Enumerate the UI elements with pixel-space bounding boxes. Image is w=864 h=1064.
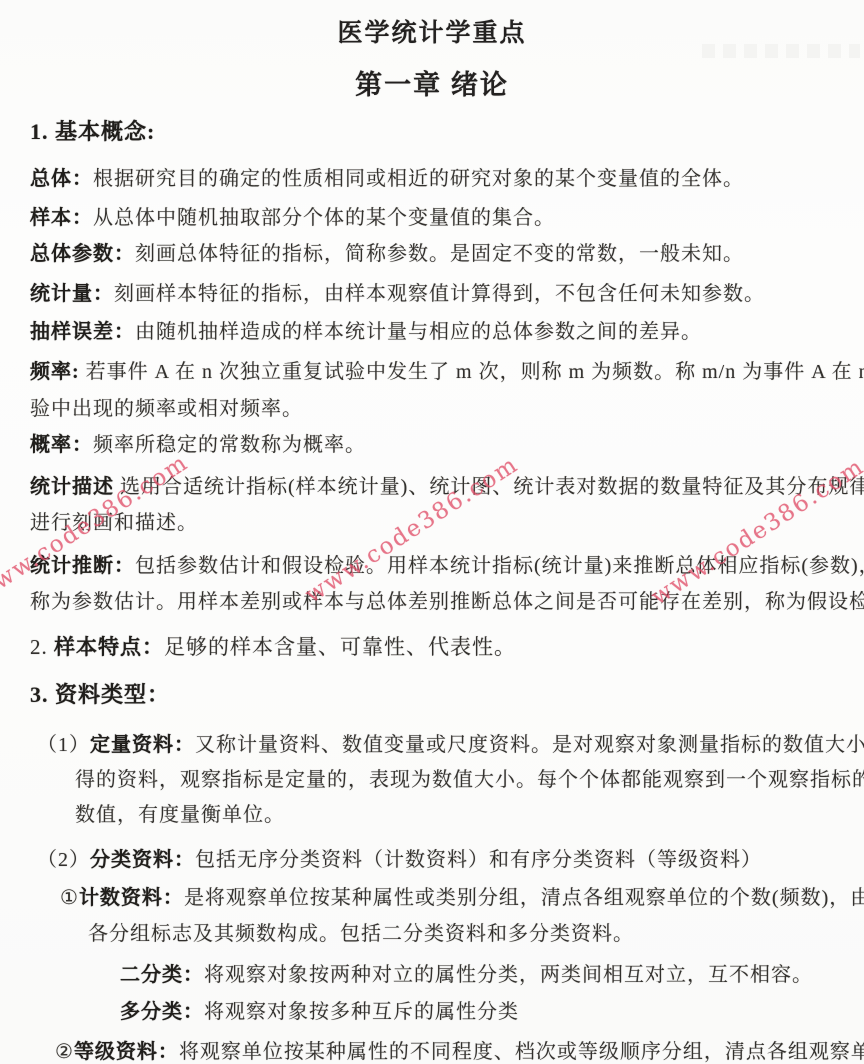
term-bold: 统计推断：	[30, 555, 135, 577]
para-chouyangwucha: 抽样误差：由随机抽样造成的样本统计量与相应的总体参数之间的差异。	[30, 315, 702, 344]
para-pinlv-line1: 频率: 若事件 A 在 n 次独立重复试验中发生了 m 次，则称 m 为频数。称…	[30, 355, 864, 384]
term-bold: 3. 资料类型：	[30, 682, 170, 707]
text-run: （2）	[37, 849, 90, 871]
text-run: 包括无序分类资料（计数资料）和有序分类资料（等级资料）	[195, 849, 762, 871]
para-dengji: ②等级资料：将观察单位按某种属性的不同程度、档次或等级顺序分组，清点各组观察单	[55, 1035, 864, 1064]
term-bold: 样本：	[30, 207, 93, 229]
term-bold: 总体参数：	[30, 243, 135, 265]
text-run: 若事件 A 在 n 次独立重复试验中发生了 m 次，则称 m 为频数。称 m/n…	[80, 361, 864, 383]
term-bold: 概率：	[30, 434, 93, 456]
section-heading-2: 2. 样本特点：足够的样本含量、可靠性、代表性。	[30, 631, 516, 661]
para-fenlei: （2）分类资料：包括无序分类资料（计数资料）和有序分类资料（等级资料）	[37, 843, 762, 872]
text-run: 足够的样本含量、可靠性、代表性。	[164, 635, 516, 659]
section-heading-1: 1. 基本概念:	[30, 115, 155, 146]
para-tongjimiaoshu-line1: 统计描述 选用合适统计指标(样本统计量)、统计图、统计表对数据的数量特征及其分布…	[30, 470, 864, 499]
text-run: 数值，有度量衡单位。	[75, 804, 285, 826]
para-zongti: 总体：根据研究目的确定的性质相同或相近的研究对象的某个变量值的全体。	[30, 162, 744, 191]
text-run: ②	[55, 1041, 74, 1063]
para-yangben: 样本：从总体中随机抽取部分个体的某个变量值的集合。	[30, 201, 555, 230]
para-dingliang-line1: （1）定量资料：又称计量资料、数值变量或尺度资料。是对观察对象测量指标的数值大小…	[37, 728, 864, 757]
term-bold: 分类资料：	[90, 849, 195, 871]
text-run: 刻画总体特征的指标，简称参数。是固定不变的常数，一般未知。	[135, 243, 744, 265]
text-run: ①	[60, 887, 79, 909]
para-tongjituiduan-line1: 统计推断：包括参数估计和假设检验。用样本统计指标(统计量)来推断总体相应指标(参…	[30, 549, 864, 578]
text-run: （1）	[37, 734, 90, 756]
text-run: 将观察对象按多种互斥的属性分类	[204, 1001, 519, 1023]
text-run: 根据研究目的确定的性质相同或相近的研究对象的某个变量值的全体。	[93, 168, 744, 190]
term-bold: 定量资料：	[90, 734, 195, 756]
para-pinlv-line2: 验中出现的频率或相对频率。	[30, 392, 303, 421]
term-bold: 二分类：	[120, 964, 204, 986]
text-run: 由随机抽样造成的样本统计量与相应的总体参数之间的差异。	[135, 321, 702, 343]
para-gailv: 概率：频率所稳定的常数称为概率。	[30, 428, 366, 457]
text-run: 是将观察单位按某种属性或类别分组，清点各组观察单位的个数(频数)，由	[184, 887, 864, 909]
para-erfenlei: 二分类：将观察对象按两种对立的属性分类，两类间相互对立，互不相容。	[120, 958, 813, 987]
term-bold: 抽样误差：	[30, 321, 135, 343]
term-bold: 1. 基本概念:	[30, 119, 155, 144]
para-tongjituiduan-line2: 称为参数估计。用样本差别或样本与总体差别推断总体之间是否可能存在差别，称为假设检…	[30, 585, 864, 614]
para-tongjimiaoshu-line2: 进行刻画和描述。	[30, 506, 198, 535]
term-bold: 统计量：	[30, 283, 114, 305]
para-tongjiliang: 统计量：刻画样本特征的指标，由样本观察值计算得到，不包含任何未知参数。	[30, 277, 765, 306]
text-run: 将观察对象按两种对立的属性分类，两类间相互对立，互不相容。	[204, 964, 813, 986]
term-bold: 计数资料：	[79, 887, 184, 909]
text-run: 从总体中随机抽取部分个体的某个变量值的集合。	[93, 207, 555, 229]
page-title: 医学统计学重点	[0, 13, 864, 49]
para-jishu-line1: ①计数资料：是将观察单位按某种属性或类别分组，清点各组观察单位的个数(频数)，由	[60, 881, 864, 910]
text-run: 称为参数估计。用样本差别或样本与总体差别推断总体之间是否可能存在差别，称为假设检…	[30, 591, 864, 613]
text-run: 频率所稳定的常数称为概率。	[93, 434, 366, 456]
text-run: 刻画样本特征的指标，由样本观察值计算得到，不包含任何未知参数。	[114, 283, 765, 305]
para-zongtican shu: 总体参数：刻画总体特征的指标，简称参数。是固定不变的常数，一般未知。	[30, 237, 744, 266]
chapter-heading: 第一章 绪论	[0, 63, 864, 102]
para-jishu-line2: 各分组标志及其频数构成。包括二分类资料和多分类资料。	[88, 917, 634, 946]
para-dingliang-line2: 得的资料，观察指标是定量的，表现为数值大小。每个个体都能观察到一个观察指标的	[75, 763, 864, 792]
term-bold: 总体：	[30, 168, 93, 190]
text-run: 进行刻画和描述。	[30, 512, 198, 534]
term-bold: 统计描述	[30, 476, 120, 498]
term-bold: 样本特点：	[54, 635, 164, 659]
section-heading-3: 3. 资料类型：	[30, 678, 170, 709]
term-bold: 多分类：	[120, 1001, 204, 1023]
text-run: 各分组标志及其频数构成。包括二分类资料和多分类资料。	[88, 923, 634, 945]
para-dingliang-line3: 数值，有度量衡单位。	[75, 798, 285, 827]
text-run: 得的资料，观察指标是定量的，表现为数值大小。每个个体都能观察到一个观察指标的	[75, 769, 864, 791]
text-run: 又称计量资料、数值变量或尺度资料。是对观察对象测量指标的数值大小所	[195, 734, 864, 756]
text-run: 验中出现的频率或相对频率。	[30, 398, 303, 420]
term-bold: 等级资料：	[74, 1041, 179, 1063]
document-page: 医学统计学重点 第一章 绪论 1. 基本概念:总体：根据研究目的确定的性质相同或…	[0, 0, 864, 1064]
para-duofenlei: 多分类：将观察对象按多种互斥的属性分类	[120, 995, 519, 1024]
text-run: 选用合适统计指标(样本统计量)、统计图、统计表对数据的数量特征及其分布规律	[120, 476, 864, 498]
term-bold: 频率:	[30, 361, 80, 383]
text-run: 2.	[30, 635, 54, 659]
text-run: 将观察单位按某种属性的不同程度、档次或等级顺序分组，清点各组观察单	[179, 1041, 864, 1063]
text-run: 包括参数估计和假设检验。用样本统计指标(统计量)来推断总体相应指标(参数)，	[135, 555, 864, 577]
